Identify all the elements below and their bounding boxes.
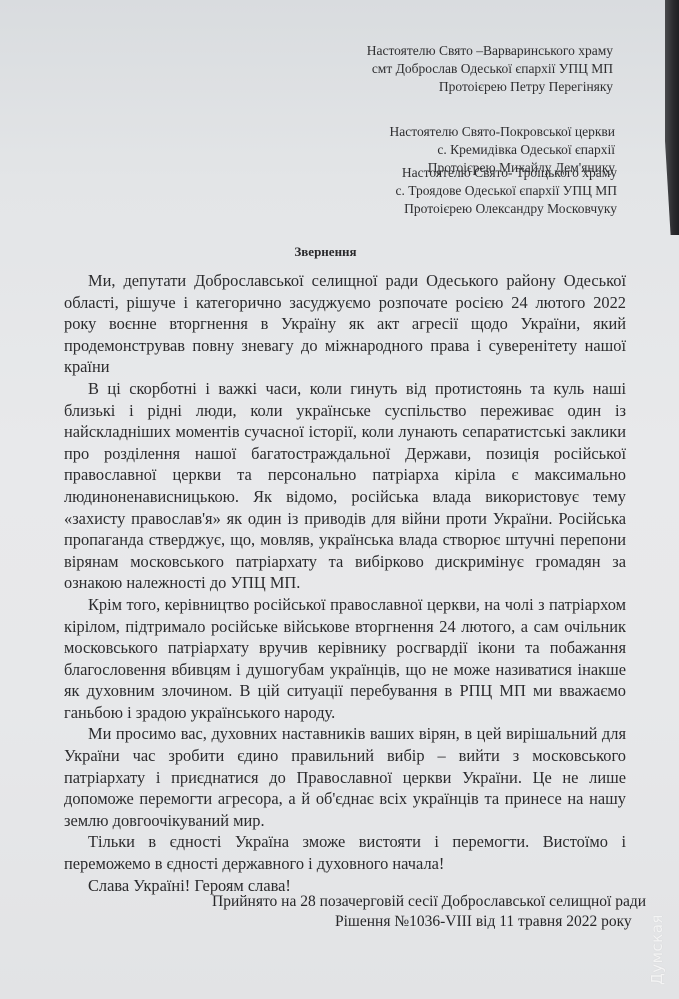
addressee-line: с. Троядове Одеської єпархії УПЦ МП [396, 182, 617, 200]
document-page: Настоятелю Свято –Варваринського храму с… [0, 0, 679, 999]
addressee-line: с. Кремидівка Одеської єпархії [390, 141, 616, 159]
addressee-line: Протоієрею Олександру Московчуку [396, 200, 617, 218]
addressee-line: смт Доброслав Одеської єпархії УПЦ МП [367, 60, 613, 78]
document-title: Звернення [0, 244, 665, 260]
addressee-line: Настоятелю Свято- Троїцького храму [396, 164, 617, 182]
paragraph-patriarch-support: Крім того, керівництво російської правос… [64, 594, 626, 724]
decision-number: Рішення №1036-VIII від 11 травня 2022 ро… [335, 912, 632, 932]
addressee-line: Настоятелю Свято-Покровської церкви [390, 123, 616, 141]
addressee-block-3: Настоятелю Свято- Троїцького храму с. Тр… [396, 164, 617, 218]
document-body: Ми, депутати Доброславської селищної рад… [64, 270, 626, 896]
paragraph-church-position: В ці скорботні і важкі часи, коли гинуть… [64, 378, 626, 594]
watermark-logo: Думская [648, 914, 666, 985]
photo-background-edge [665, 0, 679, 235]
paragraph-condemnation: Ми, депутати Доброславської селищної рад… [64, 270, 626, 378]
adoption-note: Прийнято на 28 позачерговій сесії Доброс… [212, 892, 646, 912]
paragraph-request: Ми просимо вас, духовних наставників ваш… [64, 723, 626, 831]
paragraph-unity: Тільки в єдності Україна зможе вистояти … [64, 831, 626, 874]
addressee-line: Протоієрею Петру Перегіняку [367, 78, 613, 96]
addressee-block-1: Настоятелю Свято –Варваринського храму с… [367, 42, 613, 96]
addressee-line: Настоятелю Свято –Варваринського храму [367, 42, 613, 60]
